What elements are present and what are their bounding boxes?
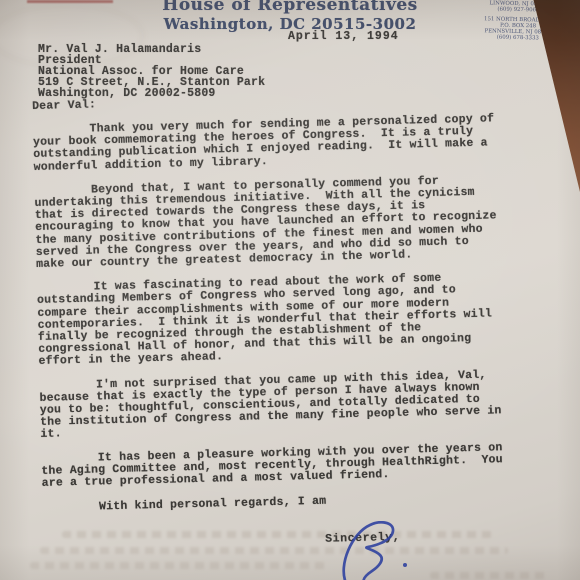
signature-ink: [316, 521, 446, 580]
letter-body: Dear Val: Thank you very much for sendin…: [32, 88, 559, 553]
recipient-address: Mr. Val J. Halamandaris President Nation…: [38, 45, 265, 100]
paragraph-4: I'm not surprised that you came up with …: [39, 368, 556, 442]
letterhead-clipped-text: [27, 0, 113, 3]
letter-photo: House of Representatives Washington, DC …: [0, 0, 580, 580]
bleed-through-text: [430, 572, 550, 579]
letter-date: April 13, 1994: [288, 30, 399, 43]
paragraph-2: Beyond that, I want to personally commen…: [34, 173, 552, 271]
closing-line: With kind personal regards, I am: [42, 490, 558, 515]
bleed-through-text: [30, 562, 330, 569]
paragraph-1: Thank you very much for sending me a per…: [33, 112, 550, 174]
paragraph-3: It was fascinating to read about the wor…: [37, 270, 555, 368]
paragraph-5: It has been a pleasure working with you …: [41, 441, 558, 491]
